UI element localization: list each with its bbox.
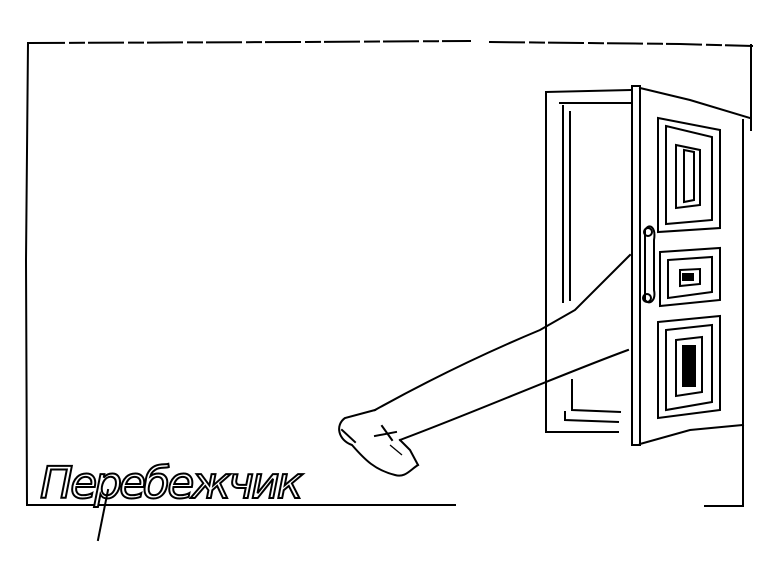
leg [339, 255, 630, 476]
doorway [546, 90, 630, 432]
door [632, 86, 750, 445]
illustration: Перебежчик [0, 0, 774, 565]
caption-title: Перебежчик [40, 458, 304, 509]
